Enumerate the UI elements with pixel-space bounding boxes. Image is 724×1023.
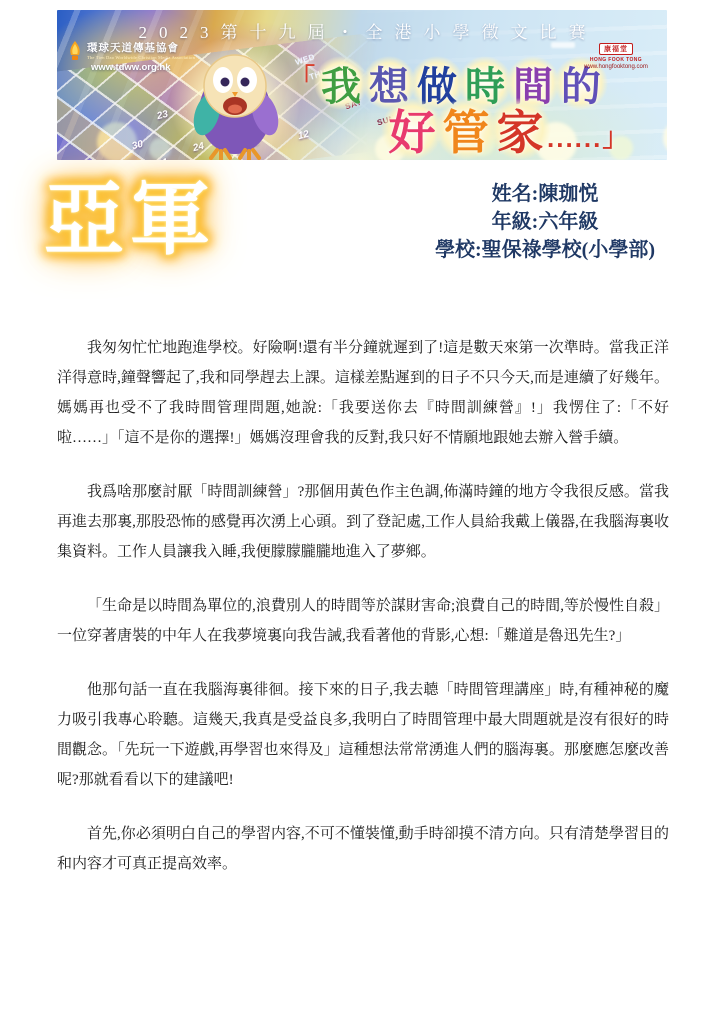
tdww-url: www.tdww.org.hk <box>91 62 215 73</box>
hongfooktong-seal: 康福堂 <box>599 43 633 55</box>
theme-character: 管 <box>435 98 497 160</box>
author-school-line: 學校:聖保祿學校(小學部) <box>385 236 705 264</box>
theme-character: ...... <box>547 123 602 160</box>
theme-character: 」 <box>602 117 630 160</box>
tdww-logo: 環球天道傳基協會 The Tien Dao Worldwide Christia… <box>65 40 215 73</box>
calendar-number: 30 <box>131 139 144 152</box>
tdww-org-name: 環球天道傳基協會 <box>87 40 215 55</box>
theme-character: 家 <box>489 98 551 160</box>
competition-banner: 2023第十九屆・全港小學徵文比賽 環球天道傳基協會 The Tien Dao … <box>57 10 667 160</box>
calendar-number: 23 <box>156 109 169 122</box>
theme-character: 我 <box>314 56 368 110</box>
tdww-org-subtitle: The Tien Dao Worldwide Christian Media A… <box>87 55 215 60</box>
calendar-number: 12 <box>297 129 310 142</box>
theme-character: 好 <box>381 98 443 160</box>
essay-paragraph: 我爲啥那麼討厭「時間訓練營」?那個用黃色作主色調,佈滿時鐘的地方令我很反感。當我… <box>57 477 669 567</box>
small-caption-placeholder <box>551 42 575 48</box>
torch-icon <box>67 41 83 61</box>
calendar-number: 31 <box>156 157 169 160</box>
author-info: 姓名:陳珈悦 年級:六年級 學校:聖保祿學校(小學部) <box>385 180 705 264</box>
essay-paragraph: 首先,你必須明白自己的學習内容,不可不懂裝懂,動手時卻摸不清方向。只有清楚學習目… <box>57 819 669 879</box>
author-grade-line: 年級:六年級 <box>385 208 705 236</box>
theme-character: 「 <box>289 56 317 95</box>
essay-paragraph: 我匆匆忙忙地跑進學校。好險啊!還有半分鐘就遲到了!這是數天來第一次準時。當我正洋… <box>57 333 669 453</box>
essay-paragraph: 「生命是以時間為單位的,浪費別人的時間等於謀財害命;浪費自己的時間,等於慢性自殺… <box>57 591 669 651</box>
essay-paragraph: 他那句話一直在我腦海裏徘徊。接下來的日子,我去聼「時間管理講座」時,有種神秘的魔… <box>57 675 669 795</box>
hongfooktong-logo: 康福堂 HONG FOOK TONG www.hongfooktong.com <box>577 38 655 70</box>
theme-text-line-2: 好管家......」 <box>385 98 630 160</box>
hongfooktong-english: HONG FOOK TONG <box>577 57 655 63</box>
hongfooktong-url: www.hongfooktong.com <box>577 64 655 70</box>
document-page: 2023第十九屆・全港小學徵文比賽 環球天道傳基協會 The Tien Dao … <box>0 0 724 1023</box>
author-name-line: 姓名:陳珈悦 <box>385 180 705 208</box>
award-label: 亞軍 <box>44 176 216 264</box>
essay-body: 我匆匆忙忙地跑進學校。好險啊!還有半分鐘就遲到了!這是數天來第一次準時。當我正洋… <box>57 333 669 903</box>
